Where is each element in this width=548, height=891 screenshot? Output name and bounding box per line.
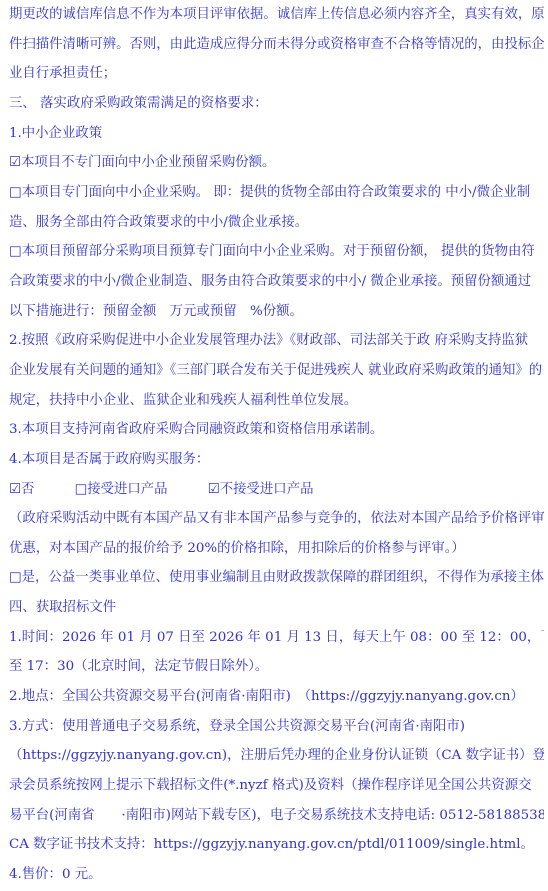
document-line: 1.中小企业政策 bbox=[9, 119, 544, 149]
document-page: 期更改的诚信库信息不作为本项目评审依据。诚信库上传信息必须内容齐全，真实有效，原… bbox=[0, 0, 548, 891]
document-line-price: 4.售价：0 元。 bbox=[9, 860, 544, 890]
document-line-unchecked-option: □本项目专门面向中小企业采购。 即：提供的货物全部由符合政策要求的 中小/微企业… bbox=[9, 178, 544, 208]
document-line: 4.本项目是否属于政府购买服务： bbox=[9, 445, 544, 475]
document-line: 以下措施进行：预留金额 万元或预留 %份额。 bbox=[9, 297, 544, 327]
document-line: 件扫描件清晰可辨。否则，由此造成应得分而未得分或资格审查不合格等情况的，由投标企 bbox=[9, 30, 544, 60]
document-line-url: （https://ggzyjy.nanyang.gov.cn)，注册后凭办理的企… bbox=[9, 741, 544, 771]
document-line: 企业发展有关问题的通知》《三部门联合发布关于促进残疾人 就业政府采购政策的通知》… bbox=[9, 356, 544, 386]
document-line-unchecked-option: □本项目预留部分采购项目预算专门面向中小企业采购。对于预留份额， 提供的货物由符 bbox=[9, 237, 544, 267]
document-line: 至 17：30（北京时间，法定节假日除外）。 bbox=[9, 652, 544, 682]
document-line: 1.时间：2026 年 01 月 07 日至 2026 年 01 月 13 日，… bbox=[9, 623, 544, 653]
document-line: 录会员系统按网上提示下载招标文件(*.nyzf 格式)及资料（操作程序详见全国公… bbox=[9, 771, 544, 801]
document-line-unchecked-option: □是，公益一类事业单位、使用事业编制且由财政拨款保障的群团组织，不得作为承接主体… bbox=[9, 563, 544, 593]
document-line: 规定，扶持中小企业、监狱企业和残疾人福利性单位发展。 bbox=[9, 386, 544, 416]
document-line-checked-option: ☑本项目不专门面向中小企业预留采购份额。 bbox=[9, 148, 544, 178]
document-line: 2.按照《政府采购促进中小企业发展管理办法》《财政部、司法部关于政 府采购支持监… bbox=[9, 326, 544, 356]
document-line: （政府采购活动中既有本国产品又有非本国产品参与竞争的，依法对本国产品给予价格评审 bbox=[9, 504, 544, 534]
document-line: 优惠，对本国产品的报价给予 20%的价格扣除，用扣除后的价格参与评审。） bbox=[9, 534, 544, 564]
document-line-support-phone: 易平台(河南省 ·南阳市)网站下载专区)，电子交易系统技术支持电话: 0512-… bbox=[9, 801, 544, 831]
document-line: 业自行承担责任； bbox=[9, 59, 544, 89]
document-line: 造、服务全部由符合政策要求的中小/微企业承接。 bbox=[9, 208, 544, 238]
document-line-ca-support-url: CA 数字证书技术支持：https://ggzyjy.nanyang.gov.c… bbox=[9, 830, 544, 860]
document-line: 期更改的诚信库信息不作为本项目评审依据。诚信库上传信息必须内容齐全，真实有效，原 bbox=[9, 0, 544, 30]
section-heading-3: 三、 落实政府采购政策需满足的资格要求： bbox=[9, 89, 544, 119]
document-line: 合政策要求的中小/微企业制造、服务由符合政策要求的中小/ 微企业承接。预留份额通… bbox=[9, 267, 544, 297]
document-line: 3.本项目支持河南省政府采购合同融资政策和资格信用承诺制。 bbox=[9, 415, 544, 445]
document-line-location-url: 2.地点：全国公共资源交易平台(河南省·南阳市) （https://ggzyjy… bbox=[9, 682, 544, 712]
document-line-import-options: ☑否 □接受进口产品 ☑不接受进口产品 bbox=[9, 475, 544, 505]
document-line: 3.方式：使用普通电子交易系统，登录全国公共资源交易平台(河南省·南阳市) bbox=[9, 712, 544, 742]
section-heading-4: 四、获取招标文件 bbox=[9, 593, 544, 623]
